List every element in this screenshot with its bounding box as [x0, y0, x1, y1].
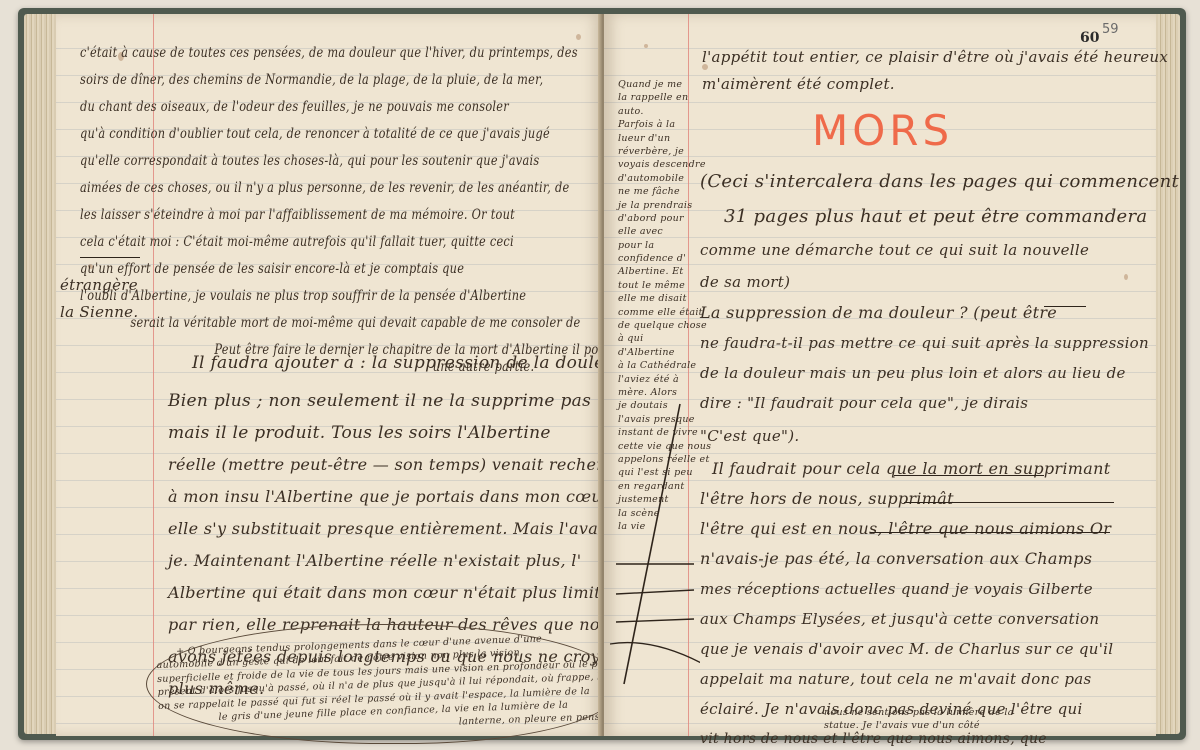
text-line: soirs de dîner, des chemins de Normandie… — [80, 67, 633, 94]
text-line: qu'elle correspondait à toutes les chose… — [80, 148, 633, 175]
text-line: comme une démarche tout ce qui suit la n… — [700, 234, 1179, 266]
note-line: l'aviez été à — [618, 373, 711, 386]
strikethrough-mark — [904, 502, 1114, 503]
text-line: les laisser s'éteindre à moi par l'affai… — [80, 202, 633, 229]
text-line: Albertine qui était dans mon cœur n'étai… — [168, 577, 642, 609]
left-page: étrangère la Sienne. c'était à cause de … — [56, 14, 602, 736]
text-line: réelle (mettre peut-être — son temps) ve… — [168, 449, 642, 481]
text-line: l'appétit tout entier, ce plaisir d'être… — [702, 44, 1168, 71]
note-line: d'automobile — [618, 172, 711, 185]
text-line: Bien plus ; non seulement il ne la suppr… — [168, 385, 642, 417]
note-line: à qui — [618, 332, 711, 345]
note-line: à la Cathédrale — [618, 359, 711, 372]
bottom-addition: nous ne sentions pas la lumière de la st… — [824, 706, 1014, 733]
note-line: d'abord pour — [618, 212, 711, 225]
strikethrough-mark — [1044, 306, 1086, 307]
note-line: Quand je me — [618, 78, 711, 91]
text-line: cela c'était moi : C'était moi-même autr… — [80, 229, 633, 256]
note-line: Parfois à la — [618, 118, 711, 131]
text-line: n'avais-je pas été, la conversation aux … — [700, 544, 1179, 574]
text-line: à mon insu l'Albertine que je portais da… — [168, 481, 642, 513]
note-line: voyais descendre — [618, 158, 711, 171]
text-line: La suppression de ma douleur ? (peut êtr… — [700, 298, 1179, 328]
cancellation-stroke — [610, 394, 700, 694]
text-line: mes réceptions actuelles quand je voyais… — [700, 574, 1179, 604]
note-line: Albertine. Et — [618, 265, 711, 278]
text-line: appelait ma nature, tout cela ne m'avait… — [700, 664, 1179, 694]
text-line: l'être qui est en nous, l'être que nous … — [700, 514, 1179, 544]
text-line: l'être hors de nous, supprimât — [700, 484, 1179, 514]
text-line: je. Maintenant l'Albertine réelle n'exis… — [168, 545, 642, 577]
text-line: que je venais d'avoir avec M. de Charlus… — [700, 634, 1179, 664]
text-line: m'aimèrent été complet. — [702, 71, 1168, 98]
note-line: réverbère, je — [618, 145, 711, 158]
note-line: ne me fâche — [618, 185, 711, 198]
right-page: 60 59 MORS Quand je me la rappelle en au… — [604, 14, 1156, 736]
note-line: comme elle était — [618, 306, 711, 319]
red-pencil-heading: MORS — [812, 106, 953, 155]
note-line: auto. — [618, 105, 711, 118]
text-line: "C'est que"). — [700, 418, 1179, 454]
text-line: mais il le produit. Tous les soirs l'Alb… — [168, 417, 642, 449]
text-line: aux Champs Elysées, et jusqu'à cette con… — [700, 604, 1179, 634]
text-line: (Ceci s'intercalera dans les pages qui c… — [700, 164, 1179, 200]
text-line: c'était à cause de toutes ces pensées, d… — [80, 40, 633, 67]
text-line: Il faudra ajouter à : la suppression de … — [168, 341, 642, 385]
note-line: lueur d'un — [618, 132, 711, 145]
text-line: ne faudra-t-il pas mettre ce qui suit ap… — [700, 328, 1179, 358]
text-line: statue. Je l'avais vue d'un côté — [824, 719, 1014, 732]
note-line: elle me disait — [618, 292, 711, 305]
strikethrough-mark — [870, 532, 1110, 533]
note-line: pour la — [618, 239, 711, 252]
strikethrough-mark — [80, 257, 140, 258]
note-line: tout le même — [618, 279, 711, 292]
main-text-body: (Ceci s'intercalera dans les pages qui c… — [700, 164, 1179, 750]
text-line: serait la véritable mort de moi-même qui… — [80, 310, 633, 337]
text-line: l'oubli d'Albertine, je voulais ne plus … — [80, 283, 633, 310]
main-text-top: l'appétit tout entier, ce plaisir d'être… — [702, 44, 1168, 98]
strikethrough-mark — [894, 475, 1044, 476]
foxing-stain — [644, 44, 648, 48]
text-line: dire : "Il faudrait pour cela que", je d… — [700, 388, 1179, 418]
note-line: de quelque chose — [618, 319, 711, 332]
text-line: 31 pages plus haut et peut être commande… — [700, 200, 1179, 234]
text-line: du chant des oiseaux, de l'odeur des feu… — [80, 94, 633, 121]
note-line: d'Albertine — [618, 346, 711, 359]
text-line: nous ne sentions pas la lumière de la — [824, 706, 1014, 719]
text-line: de la douleur mais un peu plus loin et a… — [700, 358, 1179, 388]
note-line: confidence d' — [618, 252, 711, 265]
text-line: qu'un effort de pensée de les saisir enc… — [80, 256, 633, 283]
text-line: aimées de ces choses, ou il n'y a plus p… — [80, 175, 633, 202]
text-line: Il faudrait pour cela que la mort en sup… — [700, 454, 1179, 484]
note-line: la rappelle en — [618, 91, 711, 104]
text-line: elle s'y substituait presque entièrement… — [168, 513, 642, 545]
text-line: qu'à condition d'oublier tout cela, de r… — [80, 121, 633, 148]
note-line: elle avec — [618, 225, 711, 238]
note-line: je la prendrais — [618, 199, 711, 212]
text-line: de sa mort) — [700, 266, 1179, 298]
folio-pencil-number: 59 — [1102, 22, 1119, 37]
main-text-block-top: c'était à cause de toutes ces pensées, d… — [80, 40, 633, 381]
